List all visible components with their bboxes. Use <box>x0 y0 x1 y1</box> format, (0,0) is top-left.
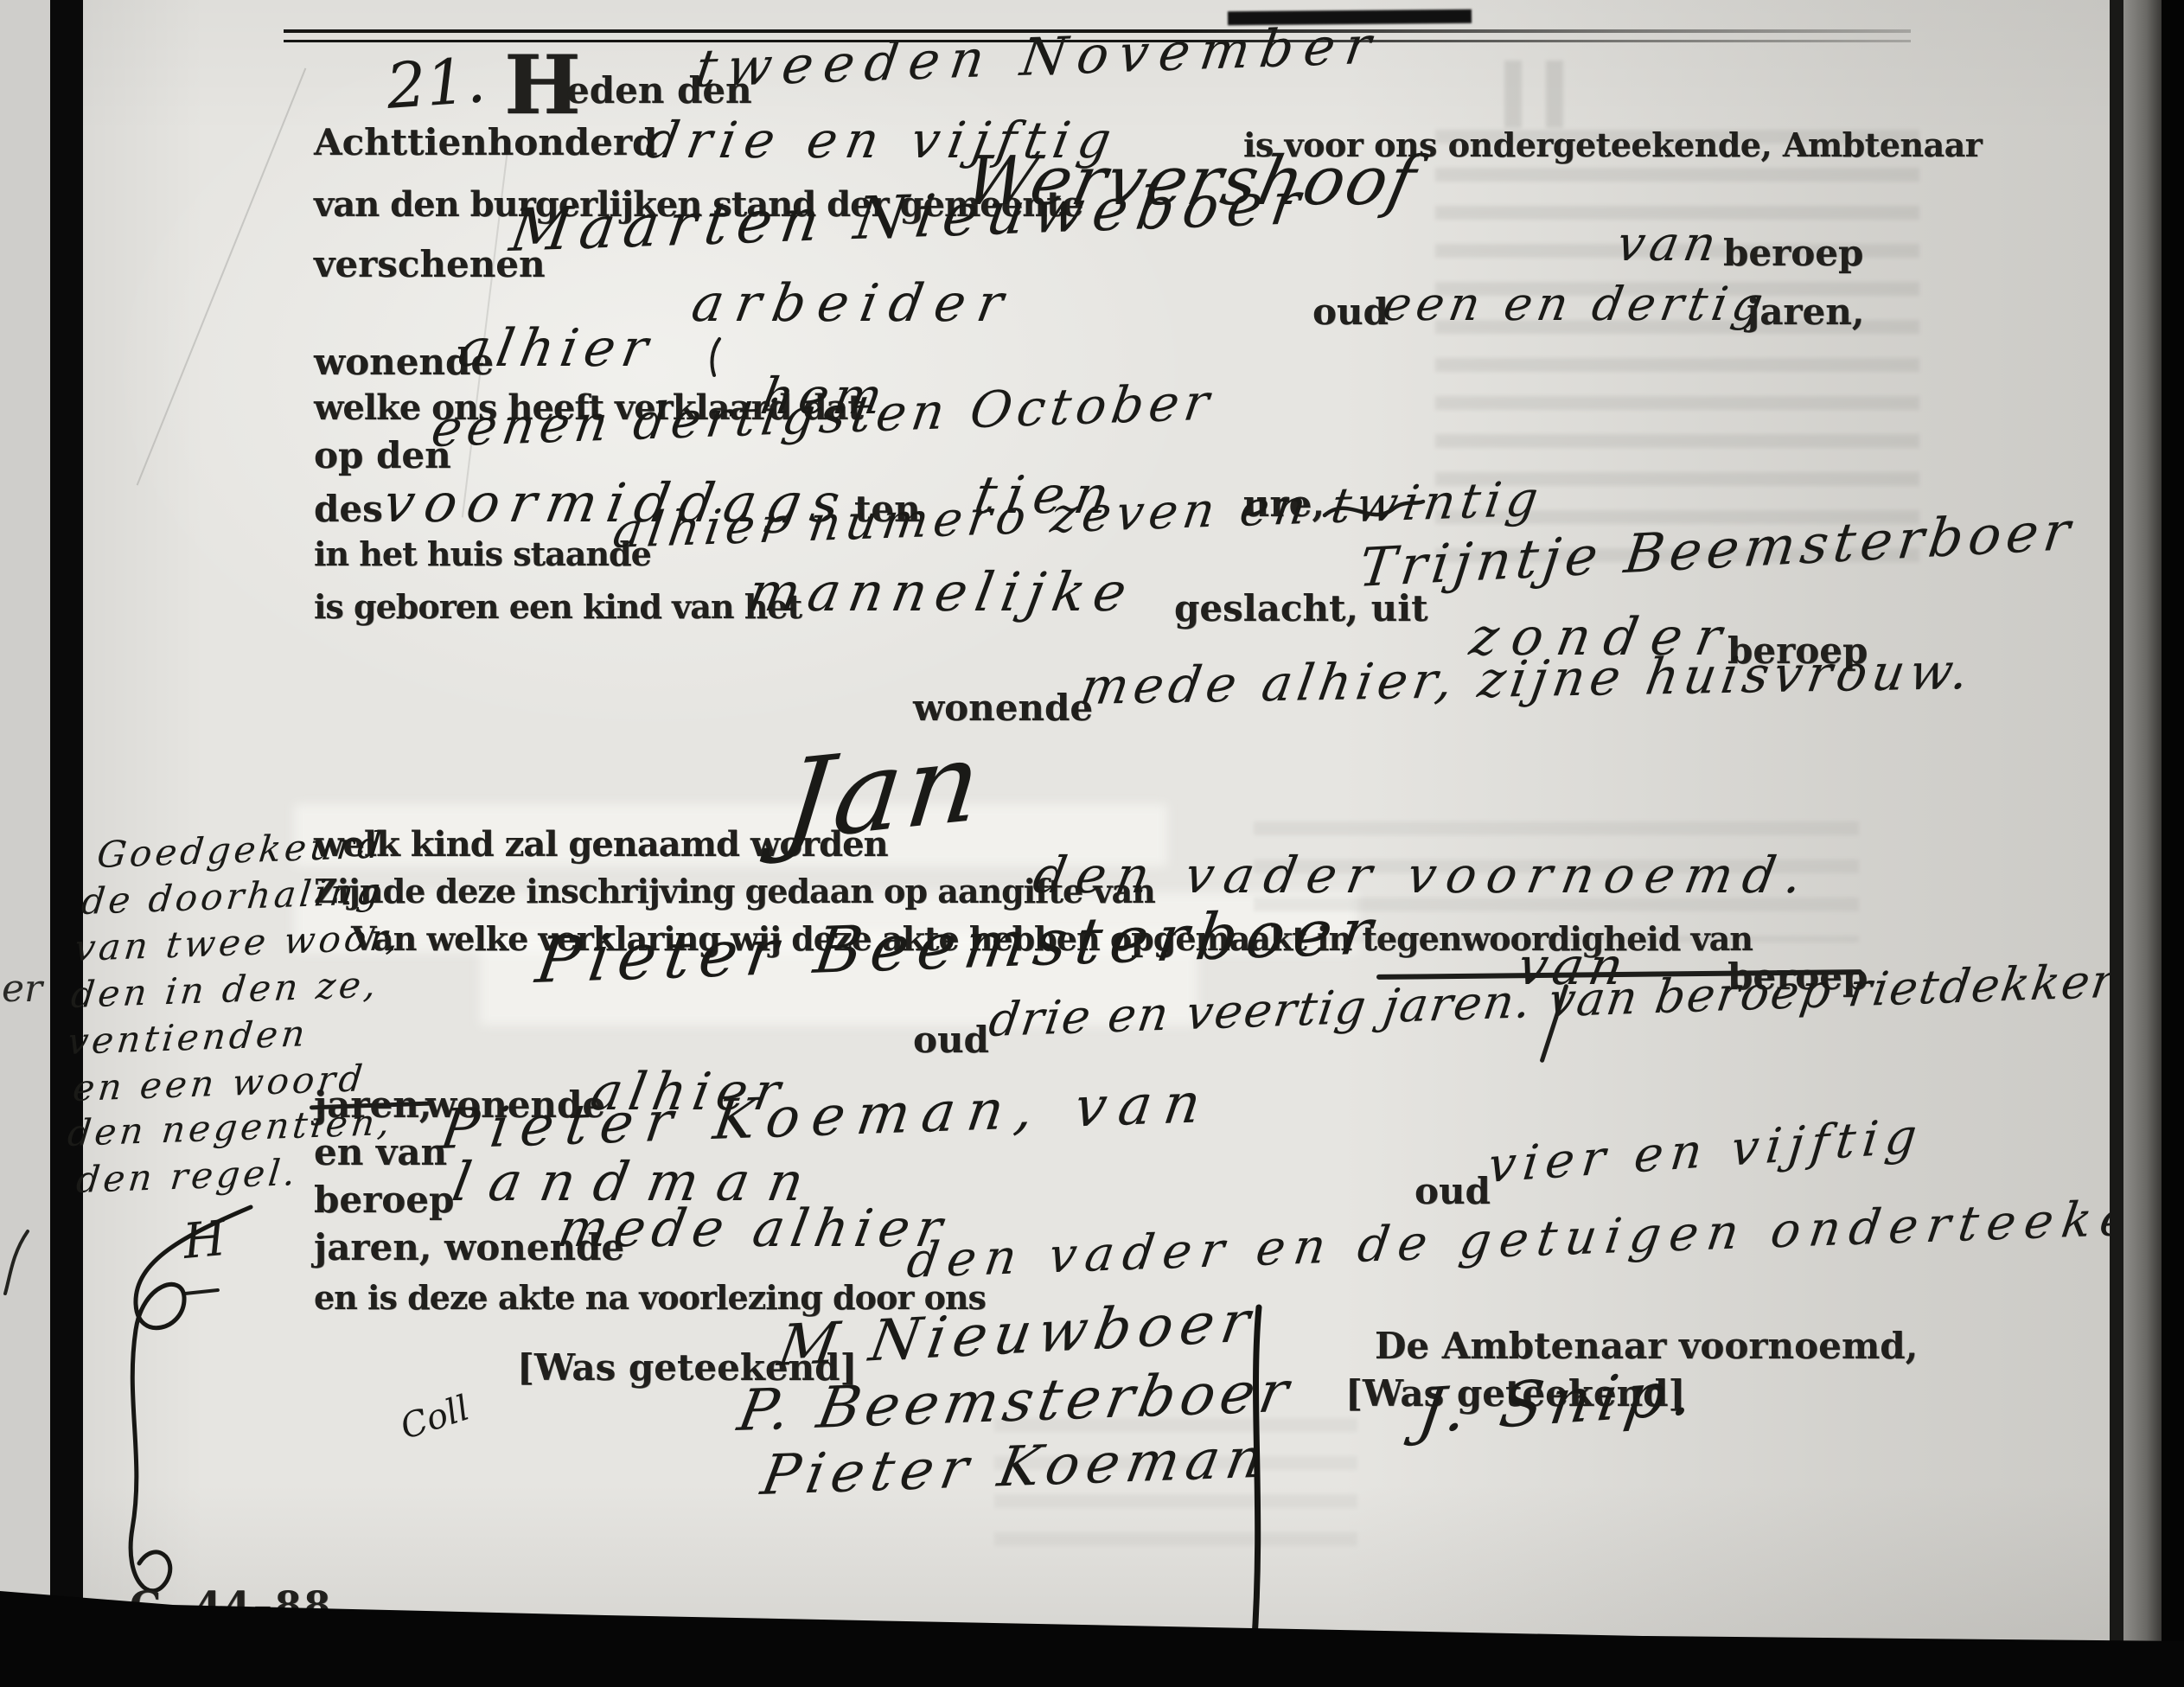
printed-jaren-1: jaren, <box>1747 291 1864 333</box>
entry-child-gender: mannelijke <box>744 560 1140 623</box>
bleedthrough-mark <box>1504 61 1522 128</box>
printed-beroep-1: beroep <box>1723 232 1863 274</box>
page-stack-edge <box>2123 0 2162 1687</box>
printed-oud-1: oud <box>1312 291 1389 333</box>
entry-declarant-occupation: arbeider <box>687 273 1019 334</box>
entry-child-name: Jan <box>778 715 990 866</box>
printed-registration-line: Zijnde deze inschrijving gedaan op aangi… <box>314 872 1155 911</box>
printed-born-line: is geboren een kind van het <box>314 587 801 626</box>
adjacent-page-sliver <box>0 0 54 1687</box>
printed-beroep-3: beroep <box>314 1179 454 1221</box>
entry-declarant-residence: alhier <box>454 318 659 379</box>
book-gutter-shadow <box>50 0 85 1687</box>
edge-pen-mark <box>2 1228 36 1297</box>
printed-oud-3: oud <box>1414 1170 1491 1212</box>
edge-fragment: er <box>2 967 42 1011</box>
scanned-birth-record: 21. H eden den tweeden November Achttien… <box>0 0 2184 1687</box>
margin-note-line: den regel. <box>74 1151 301 1201</box>
entry-declarant-age: een en dertig <box>1379 277 1772 331</box>
stray-pen-mark <box>706 335 726 379</box>
printed-achttienhonderd: Achttienhonderd <box>314 121 657 163</box>
entry-reported-by: den vader voornoemd. <box>1029 846 1817 904</box>
signature-divider-stroke <box>1248 1307 1269 1653</box>
printed-house-line: in het huis staande <box>314 534 651 573</box>
bleedthrough-mark <box>1546 61 1563 128</box>
entry-van: van <box>1612 216 1726 272</box>
record-number: 21. <box>384 43 488 123</box>
margin-note-line: ventienden <box>66 1012 310 1063</box>
entry-witness2-residence: mede alhier <box>553 1198 954 1259</box>
page-right-edge <box>2110 0 2123 1687</box>
printed-des: des <box>314 488 383 530</box>
background-right <box>2162 0 2184 1687</box>
printed-oud-2: oud <box>913 1019 989 1061</box>
